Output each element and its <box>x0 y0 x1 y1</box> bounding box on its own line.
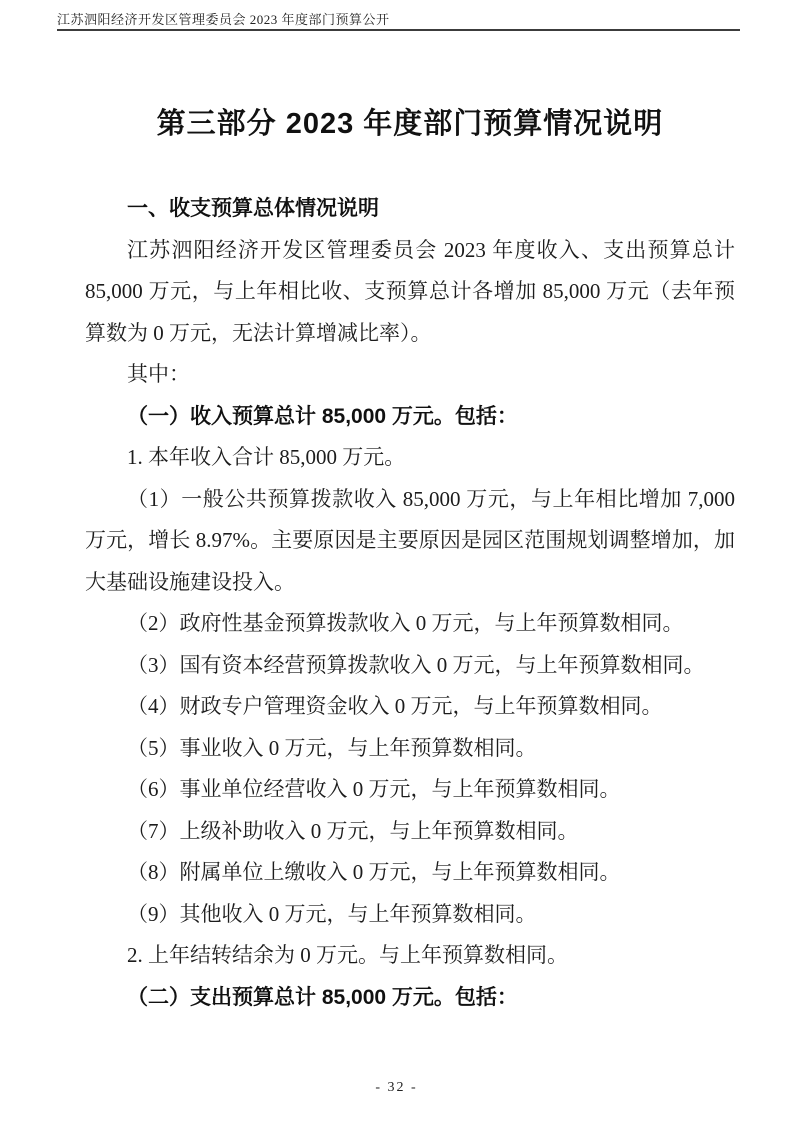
document-header: 江苏泗阳经济开发区管理委员会 2023 年度部门预算公开 <box>57 9 390 28</box>
paragraph: （7）上级补助收入 0 万元，与上年预算数相同。 <box>85 811 735 853</box>
paragraph: 江苏泗阳经济开发区管理委员会 2023 年度收入、支出预算总计 85,000 万… <box>85 230 735 355</box>
paragraph: 其中： <box>85 354 735 396</box>
paragraph: 1. 本年收入合计 85,000 万元。 <box>85 437 735 479</box>
paragraph: （1）一般公共预算拨款收入 85,000 万元，与上年相比增加 7,000 万元… <box>85 479 735 604</box>
paragraph: （3）国有资本经营预算拨款收入 0 万元，与上年预算数相同。 <box>85 645 735 687</box>
section-heading: 一、收支预算总体情况说明 <box>85 188 735 230</box>
subsection-heading-expenditure: （二）支出预算总计 85,000 万元。包括： <box>85 977 735 1019</box>
paragraph: （4）财政专户管理资金收入 0 万元，与上年预算数相同。 <box>85 686 735 728</box>
page-number: - 32 - <box>0 1080 793 1096</box>
page-title: 第三部分 2023 年度部门预算情况说明 <box>85 88 735 148</box>
paragraph-block: 江苏泗阳经济开发区管理委员会 2023 年度收入、支出预算总计 85,000 万… <box>85 230 735 1019</box>
paragraph: （9）其他收入 0 万元，与上年预算数相同。 <box>85 894 735 936</box>
subsection-heading-income: （一）收入预算总计 85,000 万元。包括： <box>85 396 735 438</box>
document-body: 第三部分 2023 年度部门预算情况说明 一、收支预算总体情况说明 江苏泗阳经济… <box>85 88 735 1018</box>
document-page: 江苏泗阳经济开发区管理委员会 2023 年度部门预算公开 第三部分 2023 年… <box>0 0 793 1122</box>
paragraph: （6）事业单位经营收入 0 万元，与上年预算数相同。 <box>85 769 735 811</box>
header-rule <box>57 29 740 31</box>
paragraph: 2. 上年结转结余为 0 万元。与上年预算数相同。 <box>85 935 735 977</box>
paragraph: （2）政府性基金预算拨款收入 0 万元，与上年预算数相同。 <box>85 603 735 645</box>
paragraph: （8）附属单位上缴收入 0 万元，与上年预算数相同。 <box>85 852 735 894</box>
paragraph: （5）事业收入 0 万元，与上年预算数相同。 <box>85 728 735 770</box>
